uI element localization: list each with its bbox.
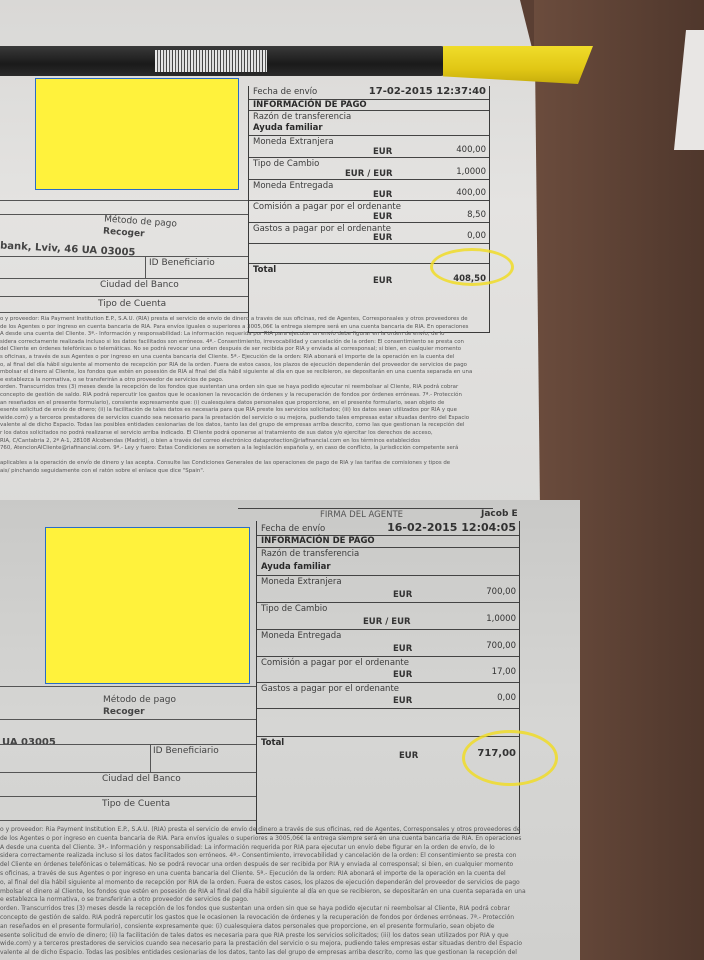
fecha-envio-label: Fecha de envío [253, 87, 317, 97]
fecha-envio-value: 17-02-2015 12:37:40 [369, 86, 486, 97]
legal-line: RIA, C/Cantabria 2, 2ª A-1, 28108 Alcobe… [0, 438, 500, 446]
total-currency: EUR [399, 751, 418, 761]
legal-line: o y proveedor: Ria Payment Institution E… [0, 316, 500, 324]
legal-line: ais/ pinchando seguidamente con el ratón… [0, 468, 500, 476]
ciudad-banco-label: Ciudad del Banco [100, 280, 179, 290]
legal-line: del Cliente en órdenes telefónicas o tel… [0, 346, 500, 354]
row-value: 400,00 [456, 188, 486, 198]
row-currency: EUR / EUR [345, 169, 393, 179]
total-label: Total [261, 738, 284, 748]
total-label: Total [253, 265, 276, 275]
firma-agente-label: FIRMA DEL AGENTE [320, 510, 403, 520]
legal-line: valente al de dicho Espacio. Todas las p… [0, 422, 500, 430]
row-label: Tipo de Cambio [253, 159, 319, 169]
highlight-circle [462, 730, 558, 786]
legal-terms-text: o y proveedor: Ria Payment Institution E… [0, 316, 500, 475]
legal-line: concepto de gestión de saldo. RIA podrá … [0, 392, 500, 400]
id-beneficiario-label: ID Beneficiario [153, 746, 219, 756]
row-value: 0,00 [497, 693, 516, 703]
row-label: Comisión a pagar por el ordenante [253, 202, 401, 212]
legal-line: wide.com) y a terceros prestadores de se… [0, 940, 560, 949]
section-title: INFORMACIÓN DE PAGO [261, 536, 375, 546]
legal-line: o y proveedor: Ria Payment Institution E… [0, 826, 560, 835]
legal-line: s oficinas, a través de sus Agentes o po… [0, 870, 560, 879]
highlight-circle [430, 248, 514, 286]
legal-line: an reseñados en el presente formulario),… [0, 400, 500, 408]
fecha-envio-label: Fecha de envío [261, 524, 325, 534]
row-label: Tipo de Cambio [261, 604, 327, 614]
legal-line: an reseñados en el presente formulario),… [0, 923, 560, 932]
legal-line: e establezca la normativa, o se transfer… [0, 896, 560, 905]
row-value: 1,0000 [456, 167, 486, 177]
row-value: 700,00 [486, 587, 516, 597]
row-currency: EUR [373, 233, 392, 243]
total-currency: EUR [373, 276, 392, 286]
ciudad-banco-label: Ciudad del Banco [102, 774, 181, 784]
legal-line: o, al final del día hábil siguiente al m… [0, 879, 560, 888]
row-label: Moneda Extranjera [261, 577, 342, 587]
legal-line: mbolsar el dinero al Cliente, los fondos… [0, 369, 500, 377]
row-currency: EUR [373, 190, 392, 200]
row-currency: EUR [373, 147, 392, 157]
row-currency: EUR [393, 590, 412, 600]
section-title: INFORMACIÓN DE PAGO [253, 100, 367, 110]
beneficiary-address: UA 03005 [2, 737, 56, 748]
tipo-cuenta-label: Tipo de Cuenta [102, 799, 170, 809]
redaction-box [45, 527, 250, 684]
legal-line: r los datos solicitados no podrá realiza… [0, 430, 500, 438]
payment-info-box: Fecha de envío 17-02-2015 12:37:40 INFOR… [248, 86, 490, 333]
legal-line: valente al de dicho Espacio. Todas las p… [0, 949, 560, 958]
row-label: Gastos a pagar por el ordenante [253, 224, 391, 234]
row-label: Comisión a pagar por el ordenante [261, 658, 409, 668]
signature-line [238, 508, 493, 509]
razon-value: Ayuda familiar [253, 123, 323, 133]
legal-line: esente solicitud de envío de dinero; (ii… [0, 932, 560, 941]
row-value: 400,00 [456, 145, 486, 155]
row-label: Gastos a pagar por el ordenante [261, 684, 399, 694]
row-value: 8,50 [467, 210, 486, 220]
legal-line: mbolsar el dinero al Cliente, los fondos… [0, 888, 560, 897]
legal-line: orden. Transcurridos tres (3) meses desd… [0, 384, 500, 392]
row-currency: EUR [393, 670, 412, 680]
redaction-box [35, 78, 239, 190]
row-value: 700,00 [486, 641, 516, 651]
row-currency: EUR [393, 644, 412, 654]
legal-line: esente solicitud de envío de dinero; (ii… [0, 407, 500, 415]
pen-barcode [155, 50, 267, 72]
row-value: 1,0000 [486, 614, 516, 624]
row-currency: EUR [393, 696, 412, 706]
legal-line: sidera correctamente realizada incluso s… [0, 852, 560, 861]
row-value: 17,00 [492, 667, 516, 677]
fecha-envio-value: 16-02-2015 12:04:05 [387, 521, 516, 534]
razon-label: Razón de transferencia [261, 549, 359, 559]
id-beneficiario-label: ID Beneficiario [149, 258, 215, 268]
row-label: Moneda Extranjera [253, 137, 334, 147]
legal-line: A desde una cuenta del Cliente. 3ª.- Inf… [0, 844, 560, 853]
payment-info-box: Fecha de envío 16-02-2015 12:04:05 INFOR… [256, 521, 520, 834]
row-currency: EUR [373, 212, 392, 222]
row-value: 0,00 [467, 231, 486, 241]
agent-name: Jacob E [481, 509, 518, 519]
legal-line: s oficinas, a través de sus Agentes o po… [0, 354, 500, 362]
metodo-pago-value: Recoger [103, 707, 145, 717]
legal-line: de los Agentes o por ingreso en cuenta b… [0, 835, 560, 844]
legal-line: aplicables a la operación de envío de di… [0, 460, 500, 468]
legal-line: orden. Transcurridos tres (3) meses desd… [0, 905, 560, 914]
row-label: Moneda Entregada [253, 181, 333, 191]
metodo-pago-label: Método de pago [103, 695, 176, 705]
legal-line: concepto de gestión de saldo. RIA podrá … [0, 914, 560, 923]
legal-line: A desde una cuenta del Cliente. 3ª.- Inf… [0, 331, 500, 339]
legal-terms-text: o y proveedor: Ria Payment Institution E… [0, 826, 560, 958]
tipo-cuenta-label: Tipo de Cuenta [98, 299, 166, 309]
razon-value: Ayuda familiar [261, 562, 331, 572]
legal-line: 760, AtencionAlCliente@riafinancial.com.… [0, 445, 500, 453]
razon-label: Razón de transferencia [253, 112, 351, 122]
legal-line: del Cliente en órdenes telefónicas o tel… [0, 861, 560, 870]
row-currency: EUR / EUR [363, 617, 411, 627]
row-label: Moneda Entregada [261, 631, 341, 641]
